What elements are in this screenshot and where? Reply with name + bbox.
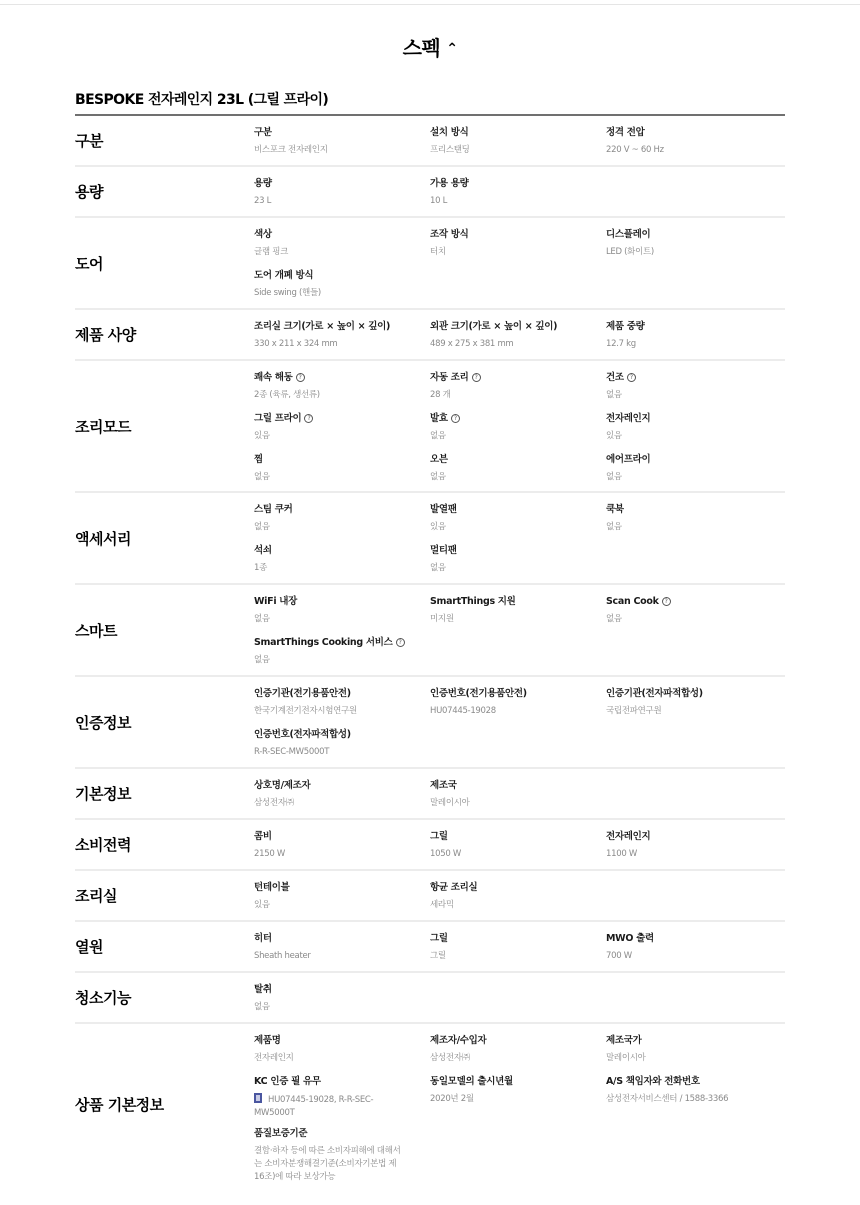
spec-items: 제품명전자레인지제조자/수입자삼성전자㈜제조국가말레이시아KC 인증 필 유무H… [254, 1024, 785, 1184]
spec-label: 용량 [254, 177, 430, 191]
spec-item: 멀티팬없음 [430, 544, 606, 578]
spec-label: 구분 [254, 126, 430, 140]
spec-value-text: 없음 [430, 563, 446, 573]
spec-value-text: 28 개 [430, 390, 451, 400]
spec-item: 조리실 크기(가로 × 높이 × 깊이)330 x 211 x 324 mm [254, 320, 430, 354]
spec-value-text: 비스포크 전자레인지 [254, 145, 328, 155]
spec-item: 용량23 L [254, 177, 430, 211]
spec-value: 말레이시아 [606, 1052, 782, 1065]
spec-value-text: 없음 [430, 431, 446, 441]
spec-section-header[interactable]: 스펙⌃ [0, 32, 860, 61]
spec-value: 없음 [254, 613, 430, 626]
spec-label-text: 그릴 [430, 933, 448, 944]
spec-value-text: 없음 [254, 655, 270, 665]
spec-label: 항균 조리실 [430, 881, 606, 895]
spec-value: 있음 [430, 521, 606, 534]
spec-value-text: R-R-SEC-MW5000T [254, 747, 329, 757]
spec-label-text: 히터 [254, 933, 272, 944]
spec-row: 상품 기본정보제품명전자레인지제조자/수입자삼성전자㈜제조국가말레이시아KC 인… [75, 1024, 785, 1184]
help-icon[interactable]: ? [472, 373, 481, 382]
spec-label-text: WiFi 내장 [254, 596, 297, 607]
spec-value-text: HU07445-19028, R-R-SEC-MW5000T [254, 1095, 373, 1118]
spec-label-text: 에어프라이 [606, 454, 650, 465]
spec-label-text: 인증번호(전기용품안전) [430, 688, 527, 699]
spec-value-text: 있음 [606, 431, 622, 441]
spec-label-text: 상호명/제조자 [254, 780, 310, 791]
spec-label-text: 조리실 크기(가로 × 높이 × 깊이) [254, 321, 390, 332]
spec-label: 그릴 프라이? [254, 412, 430, 426]
spec-label-text: 동일모델의 출시년월 [430, 1076, 513, 1087]
spec-value: 없음 [254, 654, 430, 667]
spec-row: 도어색상글램 핑크조작 방식터치디스플레이LED (화이트)도어 개폐 방식Si… [75, 218, 785, 310]
spec-row: 소비전력콤비2150 W그릴1050 W전자레인지1100 W [75, 820, 785, 871]
spec-item: WiFi 내장없음 [254, 595, 430, 629]
spec-item: 외관 크기(가로 × 높이 × 깊이)489 x 275 x 381 mm [430, 320, 606, 354]
spec-label: 조리실 크기(가로 × 높이 × 깊이) [254, 320, 430, 334]
top-divider [0, 0, 860, 5]
spec-label-text: 정격 전압 [606, 127, 645, 138]
spec-label-text: 항균 조리실 [430, 882, 477, 893]
spec-label: 디스플레이 [606, 228, 782, 242]
spec-items: 쾌속 해동?2종 (육류, 생선류)자동 조리?28 개건조?없음그릴 프라이?… [254, 361, 785, 491]
spec-row: 구분구분비스포크 전자레인지설치 방식프리스탠딩정격 전압220 V ~ 60 … [75, 116, 785, 167]
spec-value-text: 전자레인지 [254, 1053, 294, 1063]
spec-value: 말레이시아 [430, 797, 606, 810]
product-title: BESPOKE 전자레인지 23L (그릴 프라이) [75, 89, 328, 109]
spec-value: 한국기계전기전자시험연구원 [254, 705, 430, 718]
spec-items: 구분비스포크 전자레인지설치 방식프리스탠딩정격 전압220 V ~ 60 Hz [254, 116, 785, 165]
spec-value-text: 1종 [254, 563, 267, 573]
spec-label-text: 전자레인지 [606, 413, 650, 424]
spec-label: 인증번호(전기용품안전) [430, 687, 606, 701]
spec-label-text: 탈취 [254, 984, 272, 995]
spec-label: SmartThings 지원 [430, 595, 606, 609]
spec-value: 489 x 275 x 381 mm [430, 338, 606, 351]
spec-value-text: 그릴 [430, 951, 446, 961]
spec-row: 스마트WiFi 내장없음SmartThings 지원미지원Scan Cook?없… [75, 585, 785, 677]
spec-label: 도어 개폐 방식 [254, 269, 430, 283]
spec-label-text: 용량 [254, 178, 272, 189]
spec-value-text: 말레이시아 [606, 1053, 646, 1063]
spec-value-text: 없음 [254, 472, 270, 482]
spec-item: 쿡북없음 [606, 503, 782, 537]
spec-item: 상호명/제조자삼성전자㈜ [254, 779, 430, 813]
spec-value-text: 12.7 kg [606, 339, 636, 349]
spec-label-text: 그릴 프라이 [254, 413, 301, 424]
spec-value: 세라믹 [430, 899, 606, 912]
spec-item: 오븐없음 [430, 453, 606, 487]
spec-label: Scan Cook? [606, 595, 782, 609]
spec-label: 제품 중량 [606, 320, 782, 334]
spec-value: 220 V ~ 60 Hz [606, 144, 782, 157]
spec-value: 28 개 [430, 389, 606, 402]
spec-label: 그릴 [430, 830, 606, 844]
spec-label-text: 턴테이블 [254, 882, 290, 893]
spec-value-text: LED (화이트) [606, 247, 654, 257]
spec-row: 제품 사양조리실 크기(가로 × 높이 × 깊이)330 x 211 x 324… [75, 310, 785, 361]
spec-label-text: 설치 방식 [430, 127, 469, 138]
kc-certification-icon [254, 1093, 262, 1103]
spec-value-text: 한국기계전기전자시험연구원 [254, 706, 357, 716]
spec-category-title: 도어 [75, 218, 254, 308]
spec-item: 제품 중량12.7 kg [606, 320, 782, 354]
spec-label: 발효? [430, 412, 606, 426]
spec-label: 자동 조리? [430, 371, 606, 385]
spec-value: 그릴 [430, 950, 606, 963]
spec-value-text: 없음 [606, 390, 622, 400]
spec-value: HU07445-19028 [430, 705, 606, 718]
spec-value: 없음 [606, 389, 782, 402]
spec-label-text: 인증기관(전자파적합성) [606, 688, 703, 699]
spec-value: Side swing (핸들) [254, 287, 430, 300]
spec-value: 없음 [430, 430, 606, 443]
spec-label: 에어프라이 [606, 453, 782, 467]
spec-row: 조리실턴테이블있음항균 조리실세라믹 [75, 871, 785, 922]
spec-category-title: 제품 사양 [75, 310, 254, 359]
spec-label-text: 도어 개폐 방식 [254, 270, 313, 281]
spec-label-text: 석쇠 [254, 545, 272, 556]
spec-value-text: 330 x 211 x 324 mm [254, 339, 337, 349]
spec-row: 조리모드쾌속 해동?2종 (육류, 생선류)자동 조리?28 개건조?없음그릴 … [75, 361, 785, 493]
spec-label: 건조? [606, 371, 782, 385]
spec-label: 제조국가 [606, 1034, 782, 1048]
spec-value: HU07445-19028, R-R-SEC-MW5000T [254, 1093, 404, 1120]
spec-value-text: 2020년 2월 [430, 1094, 474, 1104]
spec-item: 색상글램 핑크 [254, 228, 430, 262]
spec-item: 자동 조리?28 개 [430, 371, 606, 405]
spec-category-title: 조리실 [75, 871, 254, 920]
spec-item: 그릴그릴 [430, 932, 606, 966]
spec-label: 탈취 [254, 983, 430, 997]
spec-item: 동일모델의 출시년월2020년 2월 [430, 1075, 606, 1120]
spec-value: 2150 W [254, 848, 430, 861]
help-icon[interactable]: ? [304, 414, 313, 423]
spec-value-text: 미지원 [430, 614, 454, 624]
spec-value: 있음 [606, 430, 782, 443]
help-icon[interactable]: ? [627, 373, 636, 382]
spec-label-text: 제조국 [430, 780, 457, 791]
spec-value: 없음 [606, 613, 782, 626]
spec-item: 가용 용량10 L [430, 177, 606, 211]
spec-value-text: 있음 [254, 900, 270, 910]
spec-value: 결함·하자 등에 따른 소비자피해에 대해서는 소비자분쟁해결기준(소비자기본법… [254, 1145, 404, 1184]
spec-value-text: 세라믹 [430, 900, 454, 910]
spec-label-text: 콤비 [254, 831, 272, 842]
spec-item: 건조?없음 [606, 371, 782, 405]
spec-label-text: 조작 방식 [430, 229, 469, 240]
spec-value-text: 프리스탠딩 [430, 145, 470, 155]
spec-value-text: 없음 [254, 614, 270, 624]
spec-label: 전자레인지 [606, 412, 782, 426]
spec-value: 없음 [254, 1001, 430, 1014]
spec-label: 스팀 쿠커 [254, 503, 430, 517]
spec-label: 전자레인지 [606, 830, 782, 844]
spec-value-text: 없음 [606, 614, 622, 624]
help-icon[interactable]: ? [451, 414, 460, 423]
spec-item: 품질보증기준결함·하자 등에 따른 소비자피해에 대해서는 소비자분쟁해결기준(… [254, 1127, 430, 1184]
spec-value: 글램 핑크 [254, 246, 430, 259]
spec-label-text: 가용 용량 [430, 178, 469, 189]
spec-item: 콤비2150 W [254, 830, 430, 864]
spec-label: WiFi 내장 [254, 595, 430, 609]
spec-items: 색상글램 핑크조작 방식터치디스플레이LED (화이트)도어 개폐 방식Side… [254, 218, 785, 308]
spec-label-text: 제품 중량 [606, 321, 645, 332]
spec-label: 턴테이블 [254, 881, 430, 895]
spec-item: 전자레인지1100 W [606, 830, 782, 864]
spec-label-text: 쾌속 해동 [254, 372, 293, 383]
spec-label-text: 구분 [254, 127, 272, 138]
spec-value: 10 L [430, 195, 606, 208]
spec-label-text: 자동 조리 [430, 372, 469, 383]
spec-items: WiFi 내장없음SmartThings 지원미지원Scan Cook?없음Sm… [254, 585, 785, 675]
spec-item: Scan Cook?없음 [606, 595, 782, 629]
spec-value-text: 있음 [254, 431, 270, 441]
spec-value-text: 2종 (육류, 생선류) [254, 390, 320, 400]
spec-category-title: 스마트 [75, 585, 254, 675]
spec-item: MWO 출력700 W [606, 932, 782, 966]
spec-value: R-R-SEC-MW5000T [254, 746, 430, 759]
spec-value-text: Sheath heater [254, 951, 311, 961]
spec-value: 330 x 211 x 324 mm [254, 338, 430, 351]
spec-label-text: 제품명 [254, 1035, 281, 1046]
spec-item: 인증기관(전자파적합성)국립전파연구원 [606, 687, 782, 721]
spec-label: 멀티팬 [430, 544, 606, 558]
spec-items: 용량23 L가용 용량10 L [254, 167, 785, 216]
spec-label-text: 외관 크기(가로 × 높이 × 깊이) [430, 321, 557, 332]
spec-item: 디스플레이LED (화이트) [606, 228, 782, 262]
spec-value-text: 삼성전자㈜ [254, 798, 294, 808]
help-icon[interactable]: ? [396, 638, 405, 647]
spec-item: 그릴 프라이?있음 [254, 412, 430, 446]
spec-value: 1050 W [430, 848, 606, 861]
spec-title: 스펙 [403, 36, 441, 60]
spec-label: 찜 [254, 453, 430, 467]
spec-label-text: 인증기관(전기용품안전) [254, 688, 351, 699]
spec-label-text: 색상 [254, 229, 272, 240]
spec-category-title: 액세서리 [75, 493, 254, 583]
spec-label: KC 인증 필 유무 [254, 1075, 430, 1089]
spec-value: 없음 [254, 471, 430, 484]
spec-item: 제품명전자레인지 [254, 1034, 430, 1068]
spec-row: 용량용량23 L가용 용량10 L [75, 167, 785, 218]
spec-label: A/S 책임자와 전화번호 [606, 1075, 782, 1089]
spec-value: 있음 [254, 899, 430, 912]
spec-item: 제조국말레이시아 [430, 779, 606, 813]
spec-category-title: 조리모드 [75, 361, 254, 491]
spec-value: 없음 [606, 471, 782, 484]
spec-category-title: 열원 [75, 922, 254, 971]
spec-label-text: 스팀 쿠커 [254, 504, 293, 515]
spec-label: 인증기관(전자파적합성) [606, 687, 782, 701]
spec-label: 설치 방식 [430, 126, 606, 140]
spec-value: 없음 [254, 521, 430, 534]
spec-items: 조리실 크기(가로 × 높이 × 깊이)330 x 211 x 324 mm외관… [254, 310, 785, 359]
spec-value: 23 L [254, 195, 430, 208]
spec-item: 히터Sheath heater [254, 932, 430, 966]
spec-label: 상호명/제조자 [254, 779, 430, 793]
spec-item: 턴테이블있음 [254, 881, 430, 915]
spec-label-text: 전자레인지 [606, 831, 650, 842]
spec-item: 설치 방식프리스탠딩 [430, 126, 606, 160]
spec-value: 비스포크 전자레인지 [254, 144, 430, 157]
spec-label: 조작 방식 [430, 228, 606, 242]
spec-category-title: 상품 기본정보 [75, 1024, 254, 1184]
spec-label-text: 제조국가 [606, 1035, 642, 1046]
spec-items: 히터Sheath heater그릴그릴MWO 출력700 W [254, 922, 785, 971]
spec-value: 700 W [606, 950, 782, 963]
spec-value-text: 23 L [254, 196, 271, 206]
spec-item: 석쇠1종 [254, 544, 430, 578]
spec-value: 1100 W [606, 848, 782, 861]
spec-label-text: 품질보증기준 [254, 1128, 307, 1139]
spec-value-text: 1100 W [606, 849, 637, 859]
spec-label: 인증기관(전기용품안전) [254, 687, 430, 701]
spec-item: 제조국가말레이시아 [606, 1034, 782, 1068]
spec-label: MWO 출력 [606, 932, 782, 946]
spec-value-text: 10 L [430, 196, 447, 206]
spec-item: KC 인증 필 유무HU07445-19028, R-R-SEC-MW5000T [254, 1075, 430, 1120]
spec-label-text: 발효 [430, 413, 448, 424]
spec-value-text: 말레이시아 [430, 798, 470, 808]
spec-value: 없음 [430, 562, 606, 575]
spec-table: 구분구분비스포크 전자레인지설치 방식프리스탠딩정격 전압220 V ~ 60 … [75, 114, 785, 1184]
spec-label: 콤비 [254, 830, 430, 844]
spec-category-title: 용량 [75, 167, 254, 216]
spec-row: 열원히터Sheath heater그릴그릴MWO 출력700 W [75, 922, 785, 973]
spec-value-text: 700 W [606, 951, 632, 961]
spec-item: 발열팬있음 [430, 503, 606, 537]
spec-items: 스팀 쿠커없음발열팬있음쿡북없음석쇠1종멀티팬없음 [254, 493, 785, 583]
spec-items: 턴테이블있음항균 조리실세라믹 [254, 871, 785, 920]
spec-value: 국립전파연구원 [606, 705, 782, 718]
spec-value-text: 있음 [430, 522, 446, 532]
spec-value-text: 터치 [430, 247, 446, 257]
spec-category-title: 인증정보 [75, 677, 254, 767]
spec-value-text: 없음 [606, 522, 622, 532]
spec-label-text: 멀티팬 [430, 545, 457, 556]
spec-value-text: 글램 핑크 [254, 247, 288, 257]
spec-label-text: 제조자/수입자 [430, 1035, 486, 1046]
help-icon[interactable]: ? [296, 373, 305, 382]
spec-item: 탈취없음 [254, 983, 430, 1017]
spec-label: 동일모델의 출시년월 [430, 1075, 606, 1089]
spec-value-text: 없음 [606, 472, 622, 482]
spec-item: 전자레인지있음 [606, 412, 782, 446]
spec-label: 제품명 [254, 1034, 430, 1048]
spec-value: 없음 [430, 471, 606, 484]
spec-value: LED (화이트) [606, 246, 782, 259]
spec-item: 에어프라이없음 [606, 453, 782, 487]
spec-item: 구분비스포크 전자레인지 [254, 126, 430, 160]
spec-items: 탈취없음 [254, 973, 785, 1022]
spec-label: 쾌속 해동? [254, 371, 430, 385]
spec-label-text: MWO 출력 [606, 933, 654, 944]
spec-items: 콤비2150 W그릴1050 W전자레인지1100 W [254, 820, 785, 869]
spec-label: 가용 용량 [430, 177, 606, 191]
spec-item: 인증번호(전자파적합성)R-R-SEC-MW5000T [254, 728, 430, 762]
spec-label-text: 찜 [254, 454, 263, 465]
spec-item: 발효?없음 [430, 412, 606, 446]
spec-item: 찜없음 [254, 453, 430, 487]
spec-category-title: 구분 [75, 116, 254, 165]
spec-value-text: 국립전파연구원 [606, 706, 661, 716]
spec-item: 그릴1050 W [430, 830, 606, 864]
spec-label: 색상 [254, 228, 430, 242]
spec-item: 도어 개폐 방식Side swing (핸들) [254, 269, 430, 303]
spec-value: 삼성전자서비스센터 / 1588-3366 [606, 1093, 782, 1106]
spec-value-text: 삼성전자서비스센터 / 1588-3366 [606, 1094, 728, 1104]
spec-items: 상호명/제조자삼성전자㈜제조국말레이시아 [254, 769, 785, 818]
spec-label-text: SmartThings Cooking 서비스 [254, 637, 393, 648]
spec-value: 삼성전자㈜ [430, 1052, 606, 1065]
spec-value-text: 삼성전자㈜ [430, 1053, 470, 1063]
spec-category-title: 청소기능 [75, 973, 254, 1022]
spec-row: 청소기능탈취없음 [75, 973, 785, 1024]
spec-label-text: SmartThings 지원 [430, 596, 516, 607]
spec-value: 1종 [254, 562, 430, 575]
spec-label: 제조자/수입자 [430, 1034, 606, 1048]
spec-item: 쾌속 해동?2종 (육류, 생선류) [254, 371, 430, 405]
spec-value-text: 2150 W [254, 849, 285, 859]
spec-label-text: 발열팬 [430, 504, 457, 515]
spec-label: 히터 [254, 932, 430, 946]
spec-label: 품질보증기준 [254, 1127, 430, 1141]
help-icon[interactable]: ? [662, 597, 671, 606]
spec-value: 프리스탠딩 [430, 144, 606, 157]
spec-label-text: 건조 [606, 372, 624, 383]
spec-value: 2020년 2월 [430, 1093, 606, 1106]
spec-value-text: HU07445-19028 [430, 706, 496, 716]
spec-label: SmartThings Cooking 서비스? [254, 636, 430, 650]
spec-value: 있음 [254, 430, 430, 443]
spec-label-text: 디스플레이 [606, 229, 650, 240]
spec-items: 인증기관(전기용품안전)한국기계전기전자시험연구원인증번호(전기용품안전)HU0… [254, 677, 785, 767]
spec-value: 없음 [606, 521, 782, 534]
spec-value-text: 없음 [254, 522, 270, 532]
spec-item: SmartThings Cooking 서비스?없음 [254, 636, 430, 670]
spec-item: SmartThings 지원미지원 [430, 595, 606, 629]
spec-label-text: 쿡북 [606, 504, 624, 515]
spec-label: 발열팬 [430, 503, 606, 517]
spec-row: 액세서리스팀 쿠커없음발열팬있음쿡북없음석쇠1종멀티팬없음 [75, 493, 785, 585]
spec-value-text: 없음 [254, 1002, 270, 1012]
spec-item: A/S 책임자와 전화번호삼성전자서비스센터 / 1588-3366 [606, 1075, 782, 1120]
spec-label-text: A/S 책임자와 전화번호 [606, 1076, 700, 1087]
spec-value-text: 489 x 275 x 381 mm [430, 339, 513, 349]
spec-item: 항균 조리실세라믹 [430, 881, 606, 915]
spec-label: 정격 전압 [606, 126, 782, 140]
spec-label-text: KC 인증 필 유무 [254, 1076, 321, 1087]
spec-label: 석쇠 [254, 544, 430, 558]
chevron-up-icon[interactable]: ⌃ [446, 41, 457, 57]
spec-value: 2종 (육류, 생선류) [254, 389, 430, 402]
spec-label-text: 인증번호(전자파적합성) [254, 729, 351, 740]
spec-row: 인증정보인증기관(전기용품안전)한국기계전기전자시험연구원인증번호(전기용품안전… [75, 677, 785, 769]
spec-category-title: 소비전력 [75, 820, 254, 869]
spec-category-title: 기본정보 [75, 769, 254, 818]
spec-value: 전자레인지 [254, 1052, 430, 1065]
spec-value: 터치 [430, 246, 606, 259]
spec-value: Sheath heater [254, 950, 430, 963]
spec-label-text: 오븐 [430, 454, 448, 465]
spec-value-text: 220 V ~ 60 Hz [606, 145, 664, 155]
spec-value: 미지원 [430, 613, 606, 626]
spec-label-text: 그릴 [430, 831, 448, 842]
spec-value: 12.7 kg [606, 338, 782, 351]
spec-item: 인증기관(전기용품안전)한국기계전기전자시험연구원 [254, 687, 430, 721]
spec-value-text: 1050 W [430, 849, 461, 859]
spec-value-text: 결함·하자 등에 따른 소비자피해에 대해서는 소비자분쟁해결기준(소비자기본법… [254, 1146, 401, 1182]
